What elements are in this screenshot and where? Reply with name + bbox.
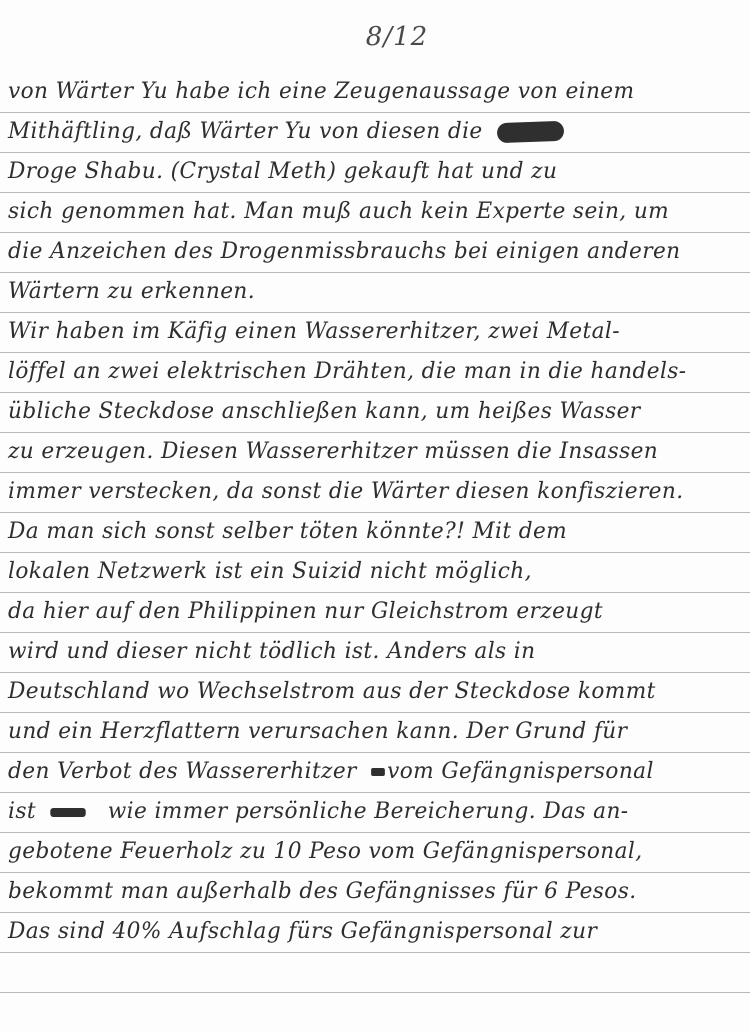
text-line-11: immer verstecken, da sonst die Wärter di…: [8, 478, 738, 506]
ruled-line: [0, 632, 750, 633]
line-text: und ein Herzflattern verursachen kann. D…: [8, 719, 627, 744]
text-line-8: löffel an zwei elektrischen Drähten, die…: [8, 358, 738, 386]
ruled-line: [0, 272, 750, 273]
ruled-line: [0, 512, 750, 513]
line-text: Wir haben im Käfig einen Wassererhitzer,…: [8, 319, 620, 344]
text-line-6: Wärtern zu erkennen.: [8, 278, 738, 306]
text-line-13: lokalen Netzwerk ist ein Suizid nicht mö…: [8, 558, 738, 586]
text-line-22: Das sind 40% Aufschlag fürs Gefängnisper…: [8, 918, 738, 946]
text-line-17: und ein Herzflattern verursachen kann. D…: [8, 718, 738, 746]
ruled-line: [0, 432, 750, 433]
ruled-line: [0, 992, 750, 993]
line-text: da hier auf den Philippinen nur Gleichst…: [8, 599, 603, 624]
ruled-line: [0, 312, 750, 313]
ruled-line: [0, 792, 750, 793]
text-line-18: den Verbot des Wassererhitzer vom Gefäng…: [8, 758, 738, 786]
line-text: immer verstecken, da sonst die Wärter di…: [8, 479, 683, 504]
text-line-7: Wir haben im Käfig einen Wassererhitzer,…: [8, 318, 738, 346]
line-text: von Wärter Yu habe ich eine Zeugenaussag…: [8, 79, 634, 104]
line-text: Droge Shabu. (Crystal Meth) gekauft hat …: [8, 159, 557, 184]
ruled-line: [0, 672, 750, 673]
ruled-line: [0, 872, 750, 873]
line-text: ist: [8, 799, 36, 824]
line-text: Wärtern zu erkennen.: [8, 279, 255, 304]
text-line-15: wird und dieser nicht tödlich ist. Ander…: [8, 638, 738, 666]
ruled-line: [0, 752, 750, 753]
text-line-4: sich genommen hat. Man muß auch kein Exp…: [8, 198, 738, 226]
line-text: Das sind 40% Aufschlag fürs Gefängnisper…: [8, 919, 597, 944]
line-text: wie immer persönliche Bereicherung. Das …: [108, 799, 629, 824]
text-line-1: von Wärter Yu habe ich eine Zeugenaussag…: [8, 78, 738, 106]
ruled-line: [0, 832, 750, 833]
line-text: vom Gefängnispersonal: [387, 759, 654, 784]
text-line-19: ist wie immer persönliche Bereicherung. …: [8, 798, 738, 826]
line-text: die Anzeichen des Drogenmissbrauchs bei …: [8, 239, 681, 264]
ruled-line: [0, 712, 750, 713]
line-text: wird und dieser nicht tödlich ist. Ander…: [8, 639, 535, 664]
ruled-line: [0, 192, 750, 193]
redaction-mark: [497, 121, 565, 143]
line-text: bekommt man außerhalb des Gefängnisses f…: [8, 879, 637, 904]
ruled-line: [0, 952, 750, 953]
line-text: Mithäftling, daß Wärter Yu von diesen di…: [8, 119, 483, 144]
line-text: den Verbot des Wassererhitzer: [8, 759, 357, 784]
ruled-line: [0, 352, 750, 353]
ruled-line: [0, 112, 750, 113]
line-text: sich genommen hat. Man muß auch kein Exp…: [8, 199, 669, 224]
ruled-line: [0, 592, 750, 593]
line-text: übliche Steckdose anschließen kann, um h…: [8, 399, 641, 424]
text-line-16: Deutschland wo Wechselstrom aus der Stec…: [8, 678, 738, 706]
line-text: Da man sich sonst selber töten könnte?! …: [8, 519, 567, 544]
text-line-14: da hier auf den Philippinen nur Gleichst…: [8, 598, 738, 626]
redaction-mark: [50, 808, 85, 817]
page-number: 8/12: [22, 22, 750, 52]
text-line-9: übliche Steckdose anschließen kann, um h…: [8, 398, 738, 426]
redaction-mark: [371, 768, 385, 776]
ruled-line: [0, 232, 750, 233]
text-line-2: Mithäftling, daß Wärter Yu von diesen di…: [8, 118, 738, 146]
text-line-10: zu erzeugen. Diesen Wassererhitzer müsse…: [8, 438, 738, 466]
ruled-line: [0, 392, 750, 393]
line-text: gebotene Feuerholz zu 10 Peso vom Gefäng…: [8, 839, 642, 864]
line-text: zu erzeugen. Diesen Wassererhitzer müsse…: [8, 439, 658, 464]
ruled-line: [0, 912, 750, 913]
text-line-5: die Anzeichen des Drogenmissbrauchs bei …: [8, 238, 738, 266]
text-line-3: Droge Shabu. (Crystal Meth) gekauft hat …: [8, 158, 738, 186]
line-text: lokalen Netzwerk ist ein Suizid nicht mö…: [8, 559, 532, 584]
ruled-line: [0, 552, 750, 553]
line-text: Deutschland wo Wechselstrom aus der Stec…: [8, 679, 656, 704]
text-line-20: gebotene Feuerholz zu 10 Peso vom Gefäng…: [8, 838, 738, 866]
handwritten-letter-page: 8/12 von Wärter Yu habe ich eine Zeugena…: [0, 0, 750, 1033]
line-text: löffel an zwei elektrischen Drähten, die…: [8, 359, 686, 384]
ruled-line: [0, 152, 750, 153]
ruled-line: [0, 472, 750, 473]
text-line-12: Da man sich sonst selber töten könnte?! …: [8, 518, 738, 546]
text-line-21: bekommt man außerhalb des Gefängnisses f…: [8, 878, 738, 906]
